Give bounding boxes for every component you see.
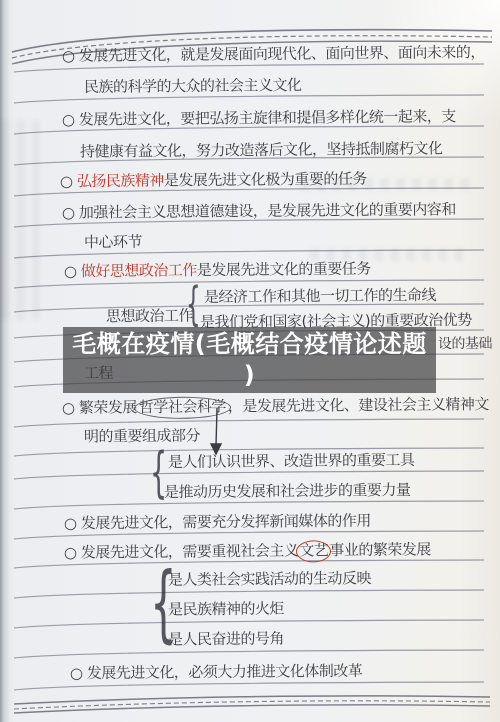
note-line: ○ 繁荣发展哲学社会科学，是发展先进文化、建设社会主义精神文: [62, 394, 489, 419]
note-line: ○ 做好思想政治工作是发展先进文化的重要任务: [64, 259, 371, 283]
curly-brace: {: [150, 446, 167, 500]
ink-text: 是人们认识世界、改造世界的重要工具: [168, 451, 415, 471]
curly-brace: {: [186, 281, 201, 327]
red-pen-text: 弘扬民族精神: [77, 171, 164, 190]
note-line: 是人类社会实践活动的生动反映: [168, 568, 371, 591]
overlay-title-line2: ): [244, 360, 255, 391]
red-pen-text: 做好思想政治工作: [81, 261, 197, 280]
note-line: ○ 发展先进文化，需要充分发挥新闻媒体的作用: [64, 511, 371, 535]
note-line: 明的重要组成部分: [84, 425, 200, 447]
note-line: 中心环节: [84, 232, 142, 254]
note-line: 是人们认识世界、改造世界的重要工具: [168, 450, 415, 473]
ink-text: 设的基础: [438, 336, 492, 352]
note-line: ○ 发展先进文化，要把弘扬主旋律和提倡多样化统一起来，支: [62, 106, 456, 130]
ink-text: ，是发展先进文化、建设社会主义精神文: [228, 395, 489, 415]
ink-text: 文艺: [296, 540, 331, 562]
notebook-photo: ○ 发展先进文化，就是发展面向现代化、面向世界、面向未来的，民族的科学的大众的社…: [0, 0, 500, 722]
ink-text: ○: [60, 172, 77, 190]
ink-text: 是人民奋进的号角: [168, 629, 284, 648]
ink-text: 中心环节: [84, 233, 142, 252]
ink-text: 是发展先进文化的重要任务: [197, 260, 371, 280]
ink-text: 是民族精神的火炬: [168, 599, 284, 618]
note-line: 是民族精神的火炬: [168, 598, 284, 620]
ink-text: ○ 发展先进文化，就是发展面向现代化、面向世界、面向未来的，: [62, 43, 485, 65]
note-line: ○ 发展先进文化，必须大力推进文化体制改革: [70, 661, 363, 685]
ink-text: ○ 发展先进文化，要把弘扬主旋律和提倡多样化统一起来，支: [62, 107, 456, 128]
note-line: ○ 弘扬民族精神是发展先进文化极为重要的任务: [60, 169, 367, 193]
note-line: 持健康有益文化，努力改造落后文化，坚持抵制腐朽文化: [80, 138, 443, 162]
ink-text: 哲学社会科学: [134, 396, 231, 419]
note-line: ○ 发展先进文化，就是发展面向现代化、面向世界、面向未来的，: [62, 42, 485, 67]
ink-text: ○ 加强社会主义思想道德建设，是发展先进文化的重要内容和: [62, 200, 456, 221]
ink-text: ○ 繁荣发展: [62, 398, 137, 417]
ink-text: 是发展先进文化极为重要的任务: [164, 170, 367, 190]
note-line: ○ 发展先进文化，需要重视社会主义文艺事业的繁荣发展: [64, 539, 431, 563]
note-line: 是人民奋进的号角: [168, 628, 284, 650]
ink-text: ○ 发展先进文化，需要充分发挥新闻媒体的作用: [64, 512, 371, 533]
curly-brace: {: [150, 561, 177, 645]
ink-text: 思想政治工作: [106, 307, 193, 326]
ink-text: ○: [64, 262, 81, 280]
ink-text: 明的重要组成部分: [84, 426, 200, 445]
ink-text: 是推动历史发展和社会进步的重要力量: [164, 481, 411, 501]
note-line: ○ 加强社会主义思想道德建设，是发展先进文化的重要内容和: [62, 199, 456, 223]
ink-text: 持健康有益文化，努力改造落后文化，坚持抵制腐朽文化: [80, 139, 443, 160]
ink-text: ○ 发展先进文化，必须大力推进文化体制改革: [70, 662, 363, 683]
note-line: 是经济工作和其他一切工作的生命线: [204, 285, 436, 308]
ink-text: 事业的繁荣发展: [329, 540, 431, 559]
title-overlay: 毛概在疫情(毛概结合疫情论述题 ): [63, 327, 436, 393]
note-line: 思想政治工作: [106, 306, 193, 328]
ink-text: 是经济工作和其他一切工作的生命线: [204, 286, 436, 306]
ink-text: ○ 发展先进文化，需要重视社会主义: [64, 542, 299, 562]
note-line: 是推动历史发展和社会进步的重要力量: [164, 480, 411, 503]
note-line: 民族的科学的大众的社会主义文化: [84, 75, 302, 98]
note-line: 设的基础: [438, 334, 492, 355]
ink-text: 民族的科学的大众的社会主义文化: [84, 76, 302, 96]
overlay-title-line1: 毛概在疫情(毛概结合疫情论述题: [72, 329, 426, 360]
ink-text: 是人类社会实践活动的生动反映: [168, 569, 371, 589]
